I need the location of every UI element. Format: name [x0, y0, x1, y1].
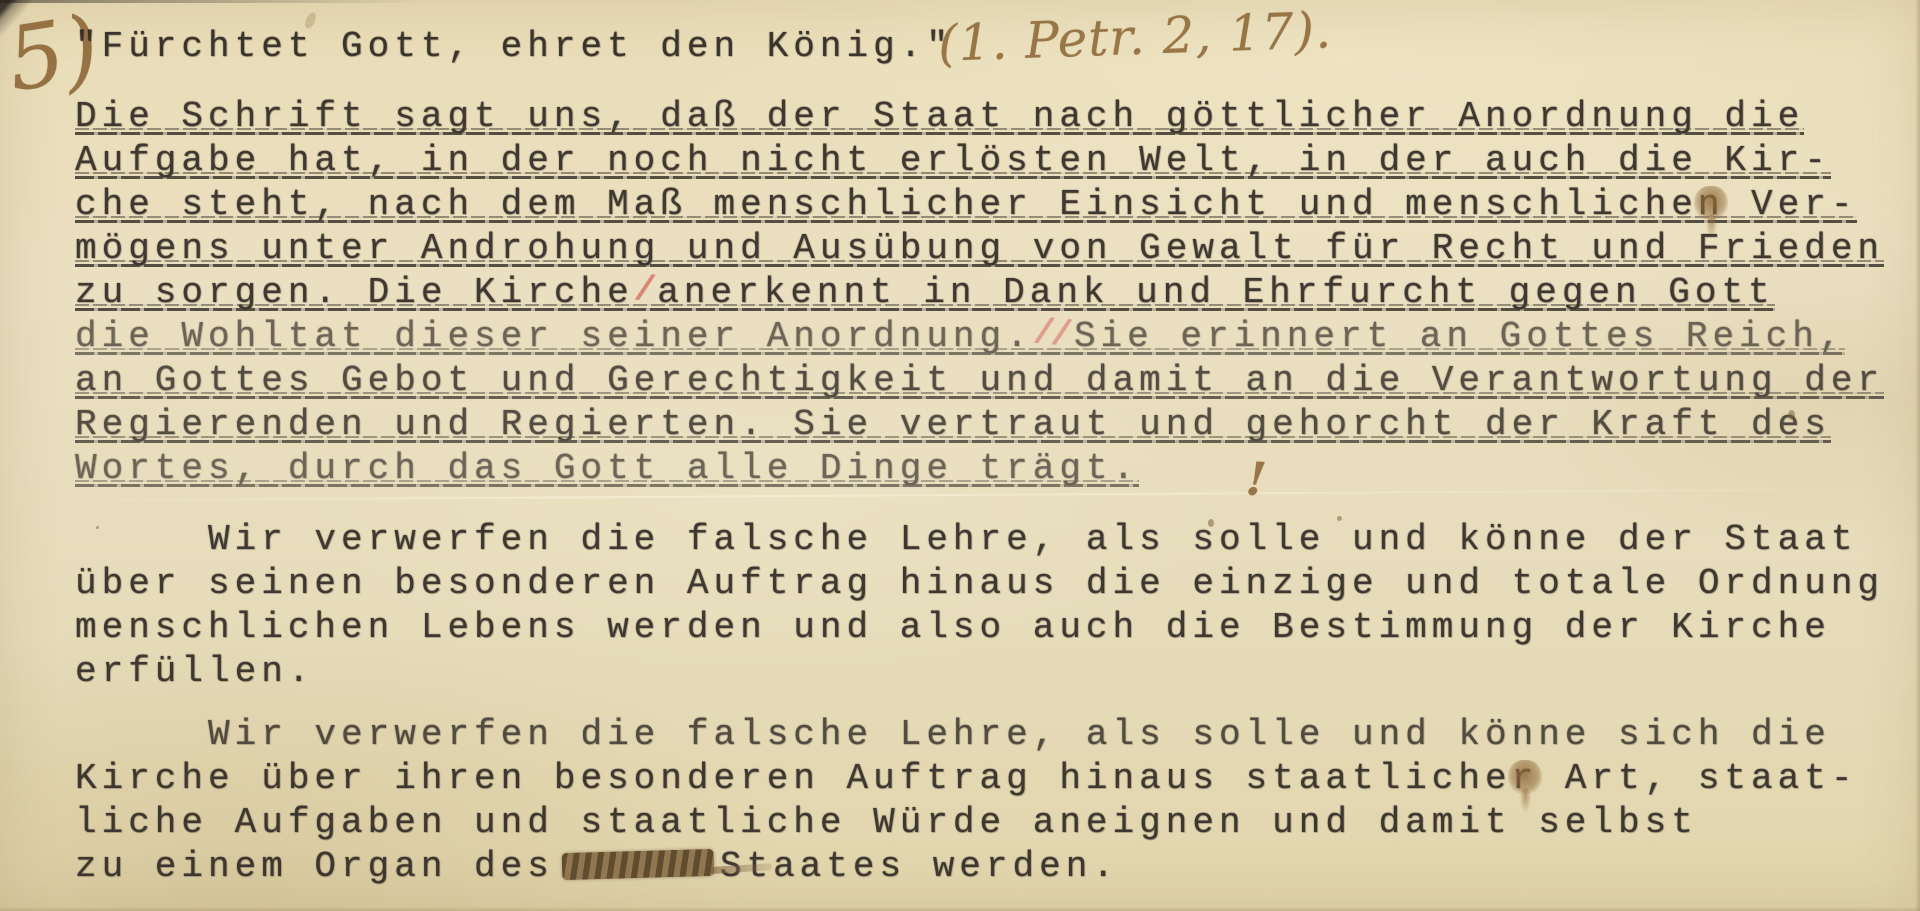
underlined-typed-text: Regierenden und Regierten. Sie vertraut …: [75, 404, 1831, 446]
typed-line: über seinen besonderen Auftrag hinaus di…: [75, 563, 1884, 607]
typed-text: Regierenden und Regierten. Sie vertraut …: [75, 404, 1831, 445]
typed-line: an Gottes Gebot und Gerechtigkeit und da…: [75, 360, 1884, 404]
underlined-typed-text: Die Schrift sagt uns, daß der Staat nach…: [75, 96, 1804, 138]
typed-text: Wortes, durch das Gott alle Dinge trägt.: [75, 448, 1139, 489]
typed-quote-line: "Fürchtet Gott, ehret den König.": [75, 26, 953, 70]
typed-text: Art, staat-: [1538, 758, 1857, 799]
red-insertion-mark: //: [1031, 312, 1076, 357]
typed-text: über seinen besonderen Auftrag hinaus di…: [75, 563, 1884, 604]
typed-text: erfüllen.: [75, 651, 314, 692]
ink-smudged-character: r: [1512, 758, 1539, 800]
underlined-typed-text: mögens unter Androhung und Ausübung von …: [75, 228, 1884, 270]
typed-line: Regierenden und Regierten. Sie vertraut …: [75, 404, 1884, 448]
typed-line: Aufgabe hat, in der noch nicht erlösten …: [75, 140, 1884, 184]
typed-text: anerkennt in Dank und Ehrfurcht gegen Go…: [657, 272, 1774, 313]
typed-line: Die Schrift sagt uns, daß der Staat nach…: [75, 96, 1884, 140]
ink-speck: [96, 526, 99, 529]
typed-text: menschlichen Lebens werden und also auch…: [75, 607, 1831, 648]
typed-text: Die Schrift sagt uns, daß der Staat nach…: [75, 96, 1804, 137]
ink-speck: [1788, 410, 1795, 420]
typed-text-line: Wir verwerfen die falsche Lehre, als sol…: [75, 519, 1857, 561]
typed-text: Wir verwerfen die falsche Lehre, als sol…: [75, 714, 1831, 755]
typed-text: Wir verwerfen die falsche Lehre, als sol…: [75, 519, 1857, 560]
typed-text: Kirche über ihren besonderen Auftrag hin…: [75, 758, 1512, 799]
typed-text: Aufgabe hat, in der noch nicht erlösten …: [75, 140, 1831, 181]
typed-line: die Wohltat dieser seiner Anordnung.//Si…: [75, 316, 1884, 360]
scan-edge-shadow-bottom: [0, 907, 1920, 911]
paragraph-rejection-church: Wir verwerfen die falsche Lehre, als sol…: [75, 714, 1857, 890]
typed-text-line: erfüllen.: [75, 651, 314, 693]
underlined-typed-text: die Wohltat dieser seiner Anordnung.//Si…: [75, 316, 1845, 358]
quote-text: "Fürchtet Gott, ehret den König.": [75, 26, 953, 67]
typed-text-line: Wir verwerfen die falsche Lehre, als sol…: [75, 714, 1831, 756]
paragraph-rejection-state: Wir verwerfen die falsche Lehre, als sol…: [75, 519, 1884, 695]
typed-text: die Wohltat dieser seiner Anordnung.: [75, 316, 1033, 357]
typed-line: zu sorgen. Die Kirche/anerkennt in Dank …: [75, 272, 1884, 316]
typed-text: liche Aufgaben und staatliche Würde anei…: [75, 802, 1698, 843]
typed-text: Ver-: [1724, 184, 1857, 225]
typed-text-line: Kirche über ihren besonderen Auftrag hin…: [75, 758, 1857, 800]
scan-edge-shadow-right: [1915, 0, 1920, 911]
typed-line: Kirche über ihren besonderen Auftrag hin…: [75, 758, 1857, 802]
underlined-typed-text: an Gottes Gebot und Gerechtigkeit und da…: [75, 360, 1884, 402]
paragraph-thesis: Die Schrift sagt uns, daß der Staat nach…: [75, 96, 1884, 492]
handwritten-exclamation-mark: !: [1244, 451, 1268, 506]
typed-line: zu einem Organ desStaates werden.: [75, 846, 1857, 890]
typed-line: erfüllen.: [75, 651, 1884, 695]
typed-text: zu sorgen. Die Kirche: [75, 272, 634, 313]
typed-text-line: über seinen besonderen Auftrag hinaus di…: [75, 563, 1884, 605]
underlined-typed-text: che steht, nach dem Maß menschlicher Ein…: [75, 184, 1857, 226]
ink-speck: [1337, 516, 1342, 521]
scanned-typewritten-page: 5) "Fürchtet Gott, ehret den König." (1.…: [0, 0, 1920, 911]
typed-line: Wir verwerfen die falsche Lehre, als sol…: [75, 519, 1884, 563]
underlined-typed-text: Wortes, durch das Gott alle Dinge trägt.: [75, 448, 1139, 490]
typed-line: Wir verwerfen die falsche Lehre, als sol…: [75, 714, 1857, 758]
typed-text: Staates werden.: [720, 846, 1119, 887]
underlined-typed-text: zu sorgen. Die Kirche/anerkennt in Dank …: [75, 272, 1775, 314]
typed-text: zu einem Organ des: [75, 846, 554, 887]
ink-scribble-deletion: [562, 849, 715, 880]
ink-speck: [1208, 519, 1214, 527]
typed-line: che steht, nach dem Maß menschlicher Ein…: [75, 184, 1884, 228]
typed-text: mögens unter Androhung und Ausübung von …: [75, 228, 1884, 269]
typed-text-line: zu einem Organ desStaates werden.: [75, 846, 1119, 888]
typed-line: menschlichen Lebens werden und also auch…: [75, 607, 1884, 651]
typed-line: Wortes, durch das Gott alle Dinge trägt.: [75, 448, 1884, 492]
typed-text-line: menschlichen Lebens werden und also auch…: [75, 607, 1831, 649]
typed-text: che steht, nach dem Maß menschlicher Ein…: [75, 184, 1698, 225]
typed-line: mögens unter Androhung und Ausübung von …: [75, 228, 1884, 272]
typed-line: liche Aufgaben und staatliche Würde anei…: [75, 802, 1857, 846]
red-insertion-mark: /: [632, 269, 659, 313]
typed-text-line: liche Aufgaben und staatliche Würde anei…: [75, 802, 1698, 844]
handwritten-bible-reference: (1. Petr. 2, 17).: [937, 1, 1333, 73]
ink-smudged-character: n: [1698, 184, 1725, 226]
typed-text: an Gottes Gebot und Gerechtigkeit und da…: [75, 360, 1884, 401]
underlined-typed-text: Aufgabe hat, in der noch nicht erlösten …: [75, 140, 1831, 182]
typed-text: Sie erinnert an Gottes Reich,: [1074, 316, 1846, 357]
